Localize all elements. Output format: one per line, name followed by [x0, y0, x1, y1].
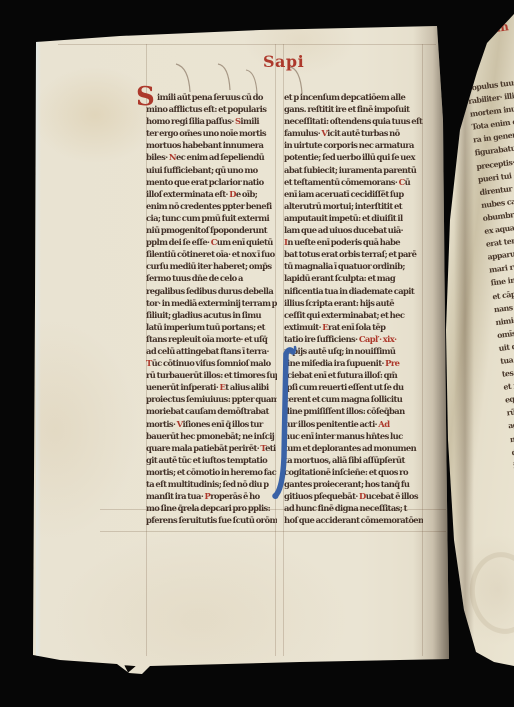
text-line: curſu mediū iter haberet; omp̄s: [146, 260, 277, 272]
page-shading: [38, 20, 438, 36]
text-line: nificentia tua in diademate capit: [284, 285, 423, 297]
text-line: ta mortuos, aliā ſibi aſſūpſerūt: [284, 454, 423, 466]
text-line: illoſ exterminata eſt· De oīb;: [146, 188, 277, 200]
text-line: potentie; ſed uerbo illū qui ſe uex: [284, 151, 423, 163]
text-line: et p incenſum depcatiōem alle: [284, 91, 423, 103]
text-line: famulus· Vicit autē turbas nō: [284, 127, 423, 139]
text-line: dine pmiſiſſent illos: cōſeq̄ban: [284, 405, 423, 417]
text-line: mortis; et cōmotio in heremo fac: [146, 466, 277, 478]
text-line: quare mala patiebāt perirēt· Teti: [146, 442, 277, 454]
text-line: tatio ire ſufficiens· Capl′· xix·: [284, 333, 423, 345]
text-line: pplm dei ſe eſſe· Cum enī quietū: [146, 236, 277, 248]
text-line: et teſtamentū cōmemorans· Cū: [284, 176, 423, 188]
text-line: mo ſine q̄rela depcari pro pplis:: [146, 502, 277, 514]
text-line: manſit ira tua· Properās ē ho: [146, 490, 277, 502]
text-line: ceſſit qui exterminabat; et hec: [284, 309, 423, 321]
text-line: ad celū attingebat ſtans ī terra·: [146, 345, 277, 357]
text-line: gans. reſtitit ire et finē impoſuit: [284, 103, 423, 115]
text-line: ſtans repleuit oīa morte· et uſq̄: [146, 333, 277, 345]
text-line: ipſi cum reuerti eſſent ut ſe du: [284, 381, 423, 393]
text-line: uiui ſufficiebant; qū uno mo: [146, 164, 277, 176]
manuscript-left-page: Sapi S imili aūt pena ſeruus cū domino a…: [0, 0, 514, 707]
text-line: ter ergo om̄es uno noīe mortis: [146, 127, 277, 139]
text-line: mento que erat pclarior natio: [146, 176, 277, 188]
text-line: tū magnalia ī quatuor ordinib;: [284, 260, 423, 272]
text-line: ſciebat enī et futura illoſ: qm̄: [284, 369, 423, 381]
text-line: mortuos habebant innumera: [146, 139, 277, 151]
text-line: pferens ſeruitutis ſue ſcutū orōm·: [146, 514, 277, 526]
text-line: tur illos penitentie acti· Ad: [284, 418, 423, 430]
text-line: lapidū erant ſculpta: et mag: [284, 272, 423, 284]
manuscript-photo: Sapi S imili aūt pena ſeruus cū domino a…: [0, 0, 514, 707]
text-line: bat totus erat orbis terraſ; et parē: [284, 248, 423, 260]
text-line: git autē tūc et iuſtos temptatio: [146, 454, 277, 466]
text-line: in uirtute corporis nec armatura: [284, 139, 423, 151]
text-line: ſine miſedia ira ſupuenit· Pre: [284, 357, 423, 369]
text-line: mpijs autē uſq; in nouiſſimū: [284, 345, 423, 357]
text-line: tum et deplorantes ad monumen: [284, 442, 423, 454]
page-shading: [36, 40, 41, 658]
text-line: extimuit· Erat enī ſola tēp: [284, 321, 423, 333]
chapter-initial-icon: [271, 345, 297, 509]
text-line: rū turbauerūt illos: et timores ſup: [146, 369, 277, 381]
text-line: huc enī inter manus hn̄tes luc: [284, 430, 423, 442]
text-line: Tūc cōtinuo viſus ſomnioſ malo: [146, 357, 277, 369]
text-line: biles· Nec enim ad ſepeliendū: [146, 151, 277, 163]
text-line: gitiuos pſequebāt· Ducebat ē illos: [284, 490, 423, 502]
text-line: mortis· Viſiones enī q̄ illos tur: [146, 418, 277, 430]
text-line: regalibus ſedibus durus debella: [146, 285, 277, 297]
text-line: enī iam aceruatī cecidiſſēt ſup: [284, 188, 423, 200]
text-line: ta eſt multitudinis; ſed nō diu p: [146, 478, 277, 490]
text-line: In ueſte enī poderis quā habe: [284, 236, 423, 248]
text-line: cia; tunc cum pmū fuit extermi: [146, 212, 277, 224]
text-line: ad hunc finē digna neceſſitas; t: [284, 502, 423, 514]
ruling-line: [58, 44, 436, 45]
page-shading: [413, 20, 449, 670]
text-line: cogitationē inſcien̄e: et quos ro: [284, 466, 423, 478]
text-line: amputauit impetū: et diuiſit il: [284, 212, 423, 224]
text-line: proiectus ſemiuiuus: ppter quam: [146, 393, 277, 405]
text-line: ſermo tuus dn̄e de celo a: [146, 272, 277, 284]
text-column-left: imili aūt pena ſeruus cū domino afflictu…: [146, 91, 277, 531]
next-page-running-title-fragment: m: [495, 19, 510, 35]
text-line: mino afflictus eſt: et popularis: [146, 103, 277, 115]
ruling-line: [100, 531, 446, 532]
text-line: bauerūt hec pmonebāt; ne inſcij: [146, 430, 277, 442]
text-line: abat ſubiecit; iuramenta parentū: [284, 164, 423, 176]
text-line: ſilentiū cōtineret oīa· et nox ī ſuo: [146, 248, 277, 260]
text-line: gantes proiecerant; hos tanq̄ fu: [284, 478, 423, 490]
text-line: latū imperium tuū portans; et: [146, 321, 277, 333]
text-line: imili aūt pena ſeruus cū do: [146, 91, 277, 103]
text-line: illius ſcripta erant: hijs autē: [284, 297, 423, 309]
text-line: ſiliuit; gladius acutus in ſimu: [146, 309, 277, 321]
text-line: tor· in mediā exterminij terram p: [146, 297, 277, 309]
text-line: enim nō credentes ppter benefi: [146, 200, 277, 212]
text-line: hoſ que acciderant cōmemoratōem: [284, 514, 423, 526]
text-line: homo regi ſilia paſſus· Simili: [146, 115, 277, 127]
text-line: cerent et cum magna ſollicitu: [284, 393, 423, 405]
text-line: neceſſitati: oſtendens quia tuus eſt: [284, 115, 423, 127]
text-line: uenerūt inſperati· Et alius alibi: [146, 381, 277, 393]
text-line: alterutrū mortui; interſtitit et: [284, 200, 423, 212]
text-column-right: et p incenſum depcatiōem allegans. reſti…: [284, 91, 423, 531]
text-line: lam que ad uiuos ducebat uiā·: [284, 224, 423, 236]
text-line: niū pmogenitoſ ſpoponderunt: [146, 224, 277, 236]
turned-page-edge: m populus tuus mirabiliter· illi autēmor…: [440, 0, 514, 707]
text-line: moriebat cauſam demōſtrabat: [146, 405, 277, 417]
